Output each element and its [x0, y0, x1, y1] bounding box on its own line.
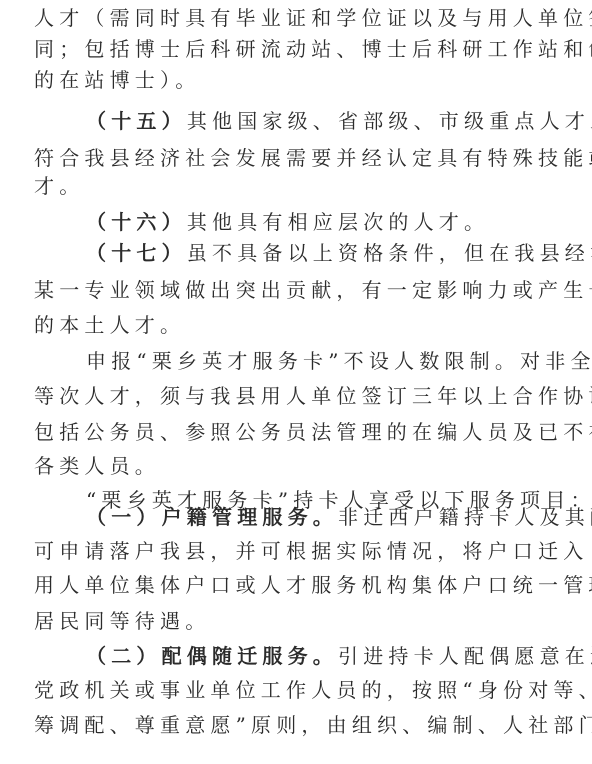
paragraph-item-17: （十七）虽不具备以上资格条件，但在我县经济社会发展或 [86, 235, 592, 271]
item-heading: （十七） [86, 241, 187, 265]
item-heading: （二）配偶随迁服务。 [86, 644, 338, 668]
paragraph-service-2: （二）配偶随迁服务。引进持卡人配偶愿意在迁西就业，属 [86, 638, 592, 674]
item-heading: （一）户籍管理服务。 [86, 505, 338, 529]
text-line: 用人单位集体户口或人才服务机构集体户口统一管理，享受本县 [34, 567, 592, 603]
item-heading: （十六） [86, 210, 187, 234]
text-line: 各类人员。 [34, 448, 160, 484]
text-span: 其他具有相应层次的人才。 [187, 210, 489, 234]
text-line: 的在站博士）。 [34, 62, 200, 98]
paragraph-item-15: （十五）其他国家级、省部级、市级重点人才工程入选者， [86, 103, 592, 139]
text-span: 虽不具备以上资格条件，但在我县经济社会发展或 [187, 241, 592, 265]
text-line: 某一专业领域做出突出贡献，有一定影响力或产生一定社会效应 [34, 272, 592, 308]
paragraph-service-1: （一）户籍管理服务。非迁西户籍持卡人及其配偶、子女， [86, 499, 592, 535]
text-line: 包括公务员、参照公务员法管理的在编人员及已不在一线工作的 [34, 414, 592, 450]
text-line: 的本土人才。 [34, 307, 185, 343]
text-span: 其他国家级、省部级、市级重点人才工程入选者， [187, 109, 592, 133]
text-line: 申报“栗乡英才服务卡”不设人数限制。对非全职引进的同 [86, 343, 592, 379]
text-line: 符合我县经济社会发展需要并经认定具有特殊技能或专长的人 [34, 140, 592, 176]
text-line: 可申请落户我县，并可根据实际情况，将户口迁入自有合法房屋、 [34, 533, 592, 569]
text-line: 居民同等待遇。 [34, 603, 210, 639]
text-line: 等次人才，须与我县用人单位签订三年以上合作协议。持卡人不 [34, 378, 592, 414]
text-line: 才。 [34, 168, 84, 204]
text-span: 引进持卡人配偶愿意在迁西就业，属 [338, 644, 592, 668]
text-line: 筹调配、尊重意愿”原则，由组织、编制、人社部门按干部管理权 [34, 707, 592, 743]
item-heading: （十五） [86, 109, 187, 133]
text-line: 党政机关或事业单位工作人员的，按照“身份对等、双向选择、统 [34, 672, 592, 708]
text-span: 非迁西户籍持卡人及其配偶、子女， [338, 505, 592, 529]
